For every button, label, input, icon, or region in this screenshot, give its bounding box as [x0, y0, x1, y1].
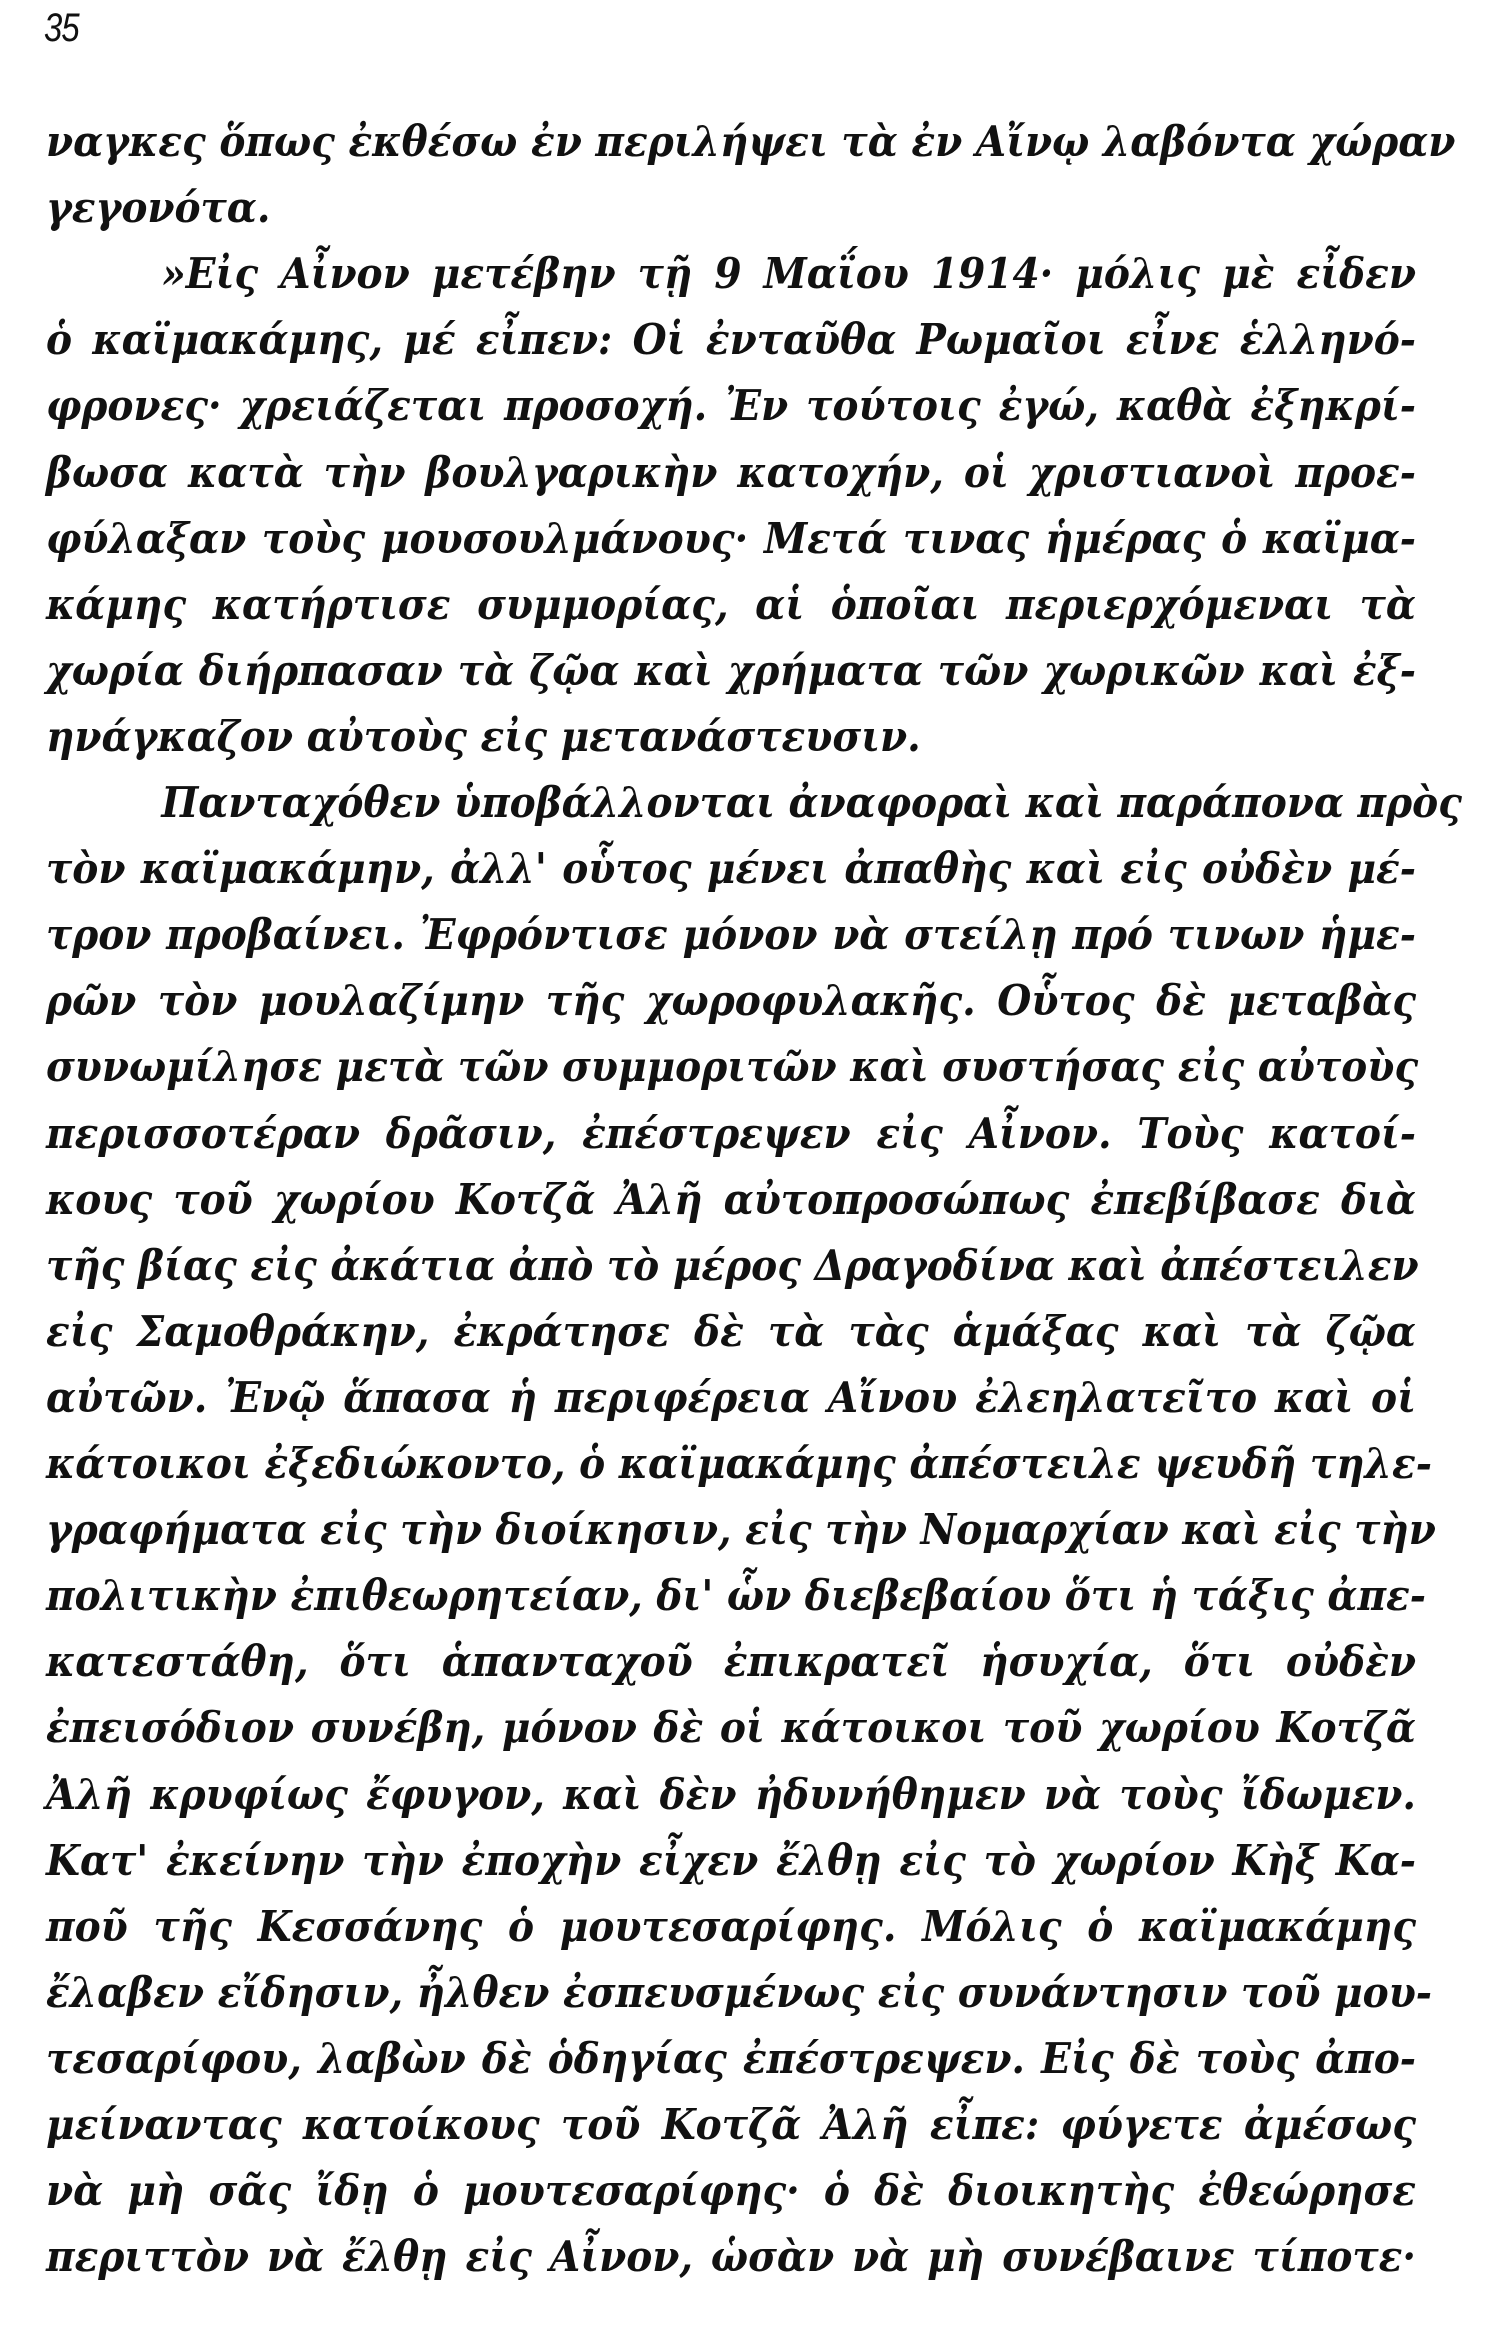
text-line: συνωμίλησε μετὰ τῶν συμμοριτῶν καὶ συστή… [46, 1037, 1416, 1097]
text-line: γραφήματα εἰς τὴν διοίκησιν, εἰς τὴν Νομ… [46, 1500, 1416, 1560]
text-line: μείναντας κατοίκους τοῦ Κοτζᾶ Ἀλῆ εἶπε: … [46, 2095, 1416, 2155]
text-line: πολιτικὴν ἐπιθεωρητείαν, δι' ὧν διεβεβαί… [46, 1566, 1416, 1626]
text-line: κους τοῦ χωρίου Κοτζᾶ Ἀλῆ αὐτοπροσώπως ἐ… [46, 1170, 1416, 1230]
text-line: γεγονότα. [46, 178, 1416, 238]
text-line: Πανταχόθεν ὑποβάλλονται ἀναφοραὶ καὶ παρ… [46, 773, 1416, 833]
page-number: 35 [44, 6, 79, 51]
text-line: ὁ καϊμακάμης, μέ εἶπεν: Οἱ ἐνταῦθα Ρωμαῖ… [46, 310, 1416, 370]
text-line: αὐτῶν. Ἐνῷ ἅπασα ἡ περιφέρεια Αἴνου ἐλεη… [46, 1368, 1416, 1428]
text-line: φύλαξαν τοὺς μουσουλμάνους· Μετά τινας ἡ… [46, 509, 1416, 569]
text-line: περιττὸν νὰ ἔλθῃ εἰς Αἶνον, ὡσὰν νὰ μὴ σ… [46, 2227, 1416, 2287]
text-line: τῆς βίας εἰς ἀκάτια ἀπὸ τὸ μέρος Δραγοδί… [46, 1236, 1416, 1296]
text-line: ἐπεισόδιον συνέβη, μόνον δὲ οἱ κάτοικοι … [46, 1698, 1416, 1758]
text-line: κάτοικοι ἐξεδιώκοντο, ὁ καϊμακάμης ἀπέστ… [46, 1434, 1416, 1494]
text-line: »Εἰς Αἶνον μετέβην τῇ 9 Μαΐου 1914· μόλι… [46, 244, 1416, 304]
text-line: τὸν καϊμακάμην, ἀλλ' οὗτος μένει ἀπαθὴς … [46, 839, 1416, 899]
text-line: κάμης κατήρτισε συμμορίας, αἱ ὁποῖαι περ… [46, 575, 1416, 635]
text-line: Ἀλῆ κρυφίως ἔφυγον, καὶ δὲν ἠδυνήθημεν ν… [46, 1765, 1416, 1825]
text-line: ρῶν τὸν μουλαζίμην τῆς χωροφυλακῆς. Οὗτο… [46, 971, 1416, 1031]
text-line: τρον προβαίνει. Ἐφρόντισε μόνον νὰ στείλ… [46, 905, 1416, 965]
text-line: εἰς Σαμοθράκην, ἐκράτησε δὲ τὰ τὰς ἁμάξα… [46, 1302, 1416, 1362]
text-line: χωρία διήρπασαν τὰ ζῷα καὶ χρήματα τῶν χ… [46, 641, 1416, 701]
text-line: περισσοτέραν δρᾶσιν, ἐπέστρεψεν εἰς Αἶνο… [46, 1104, 1416, 1164]
text-line: ηνάγκαζον αὐτοὺς εἰς μετανάστευσιν. [46, 707, 1416, 767]
text-line: τεσαρίφου, λαβὼν δὲ ὁδηγίας ἐπέστρεψεν. … [46, 2029, 1416, 2089]
text-line: Κατ' ἐκείνην τὴν ἐποχὴν εἶχεν ἔλθῃ εἰς τ… [46, 1831, 1416, 1891]
text-line: βωσα κατὰ τὴν βουλγαρικὴν κατοχήν, οἱ χρ… [46, 443, 1416, 503]
text-line: νὰ μὴ σᾶς ἴδῃ ὁ μουτεσαρίφης· ὁ δὲ διοικ… [46, 2161, 1416, 2221]
text-line: ναγκες ὅπως ἐκθέσω ἐν περιλήψει τὰ ἐν Αἴ… [46, 112, 1416, 172]
text-line: ἔλαβεν εἴδησιν, ἦλθεν ἐσπευσμένως εἰς συ… [46, 1963, 1416, 2023]
text-line: φρονες· χρειάζεται προσοχή. Ἐν τούτοις ἐ… [46, 376, 1416, 436]
text-line: κατεστάθη, ὅτι ἁπανταχοῦ ἐπικρατεῖ ἡσυχί… [46, 1632, 1416, 1692]
text-line: ποῦ τῆς Κεσσάνης ὁ μουτεσαρίφης. Μόλις ὁ… [46, 1897, 1416, 1957]
